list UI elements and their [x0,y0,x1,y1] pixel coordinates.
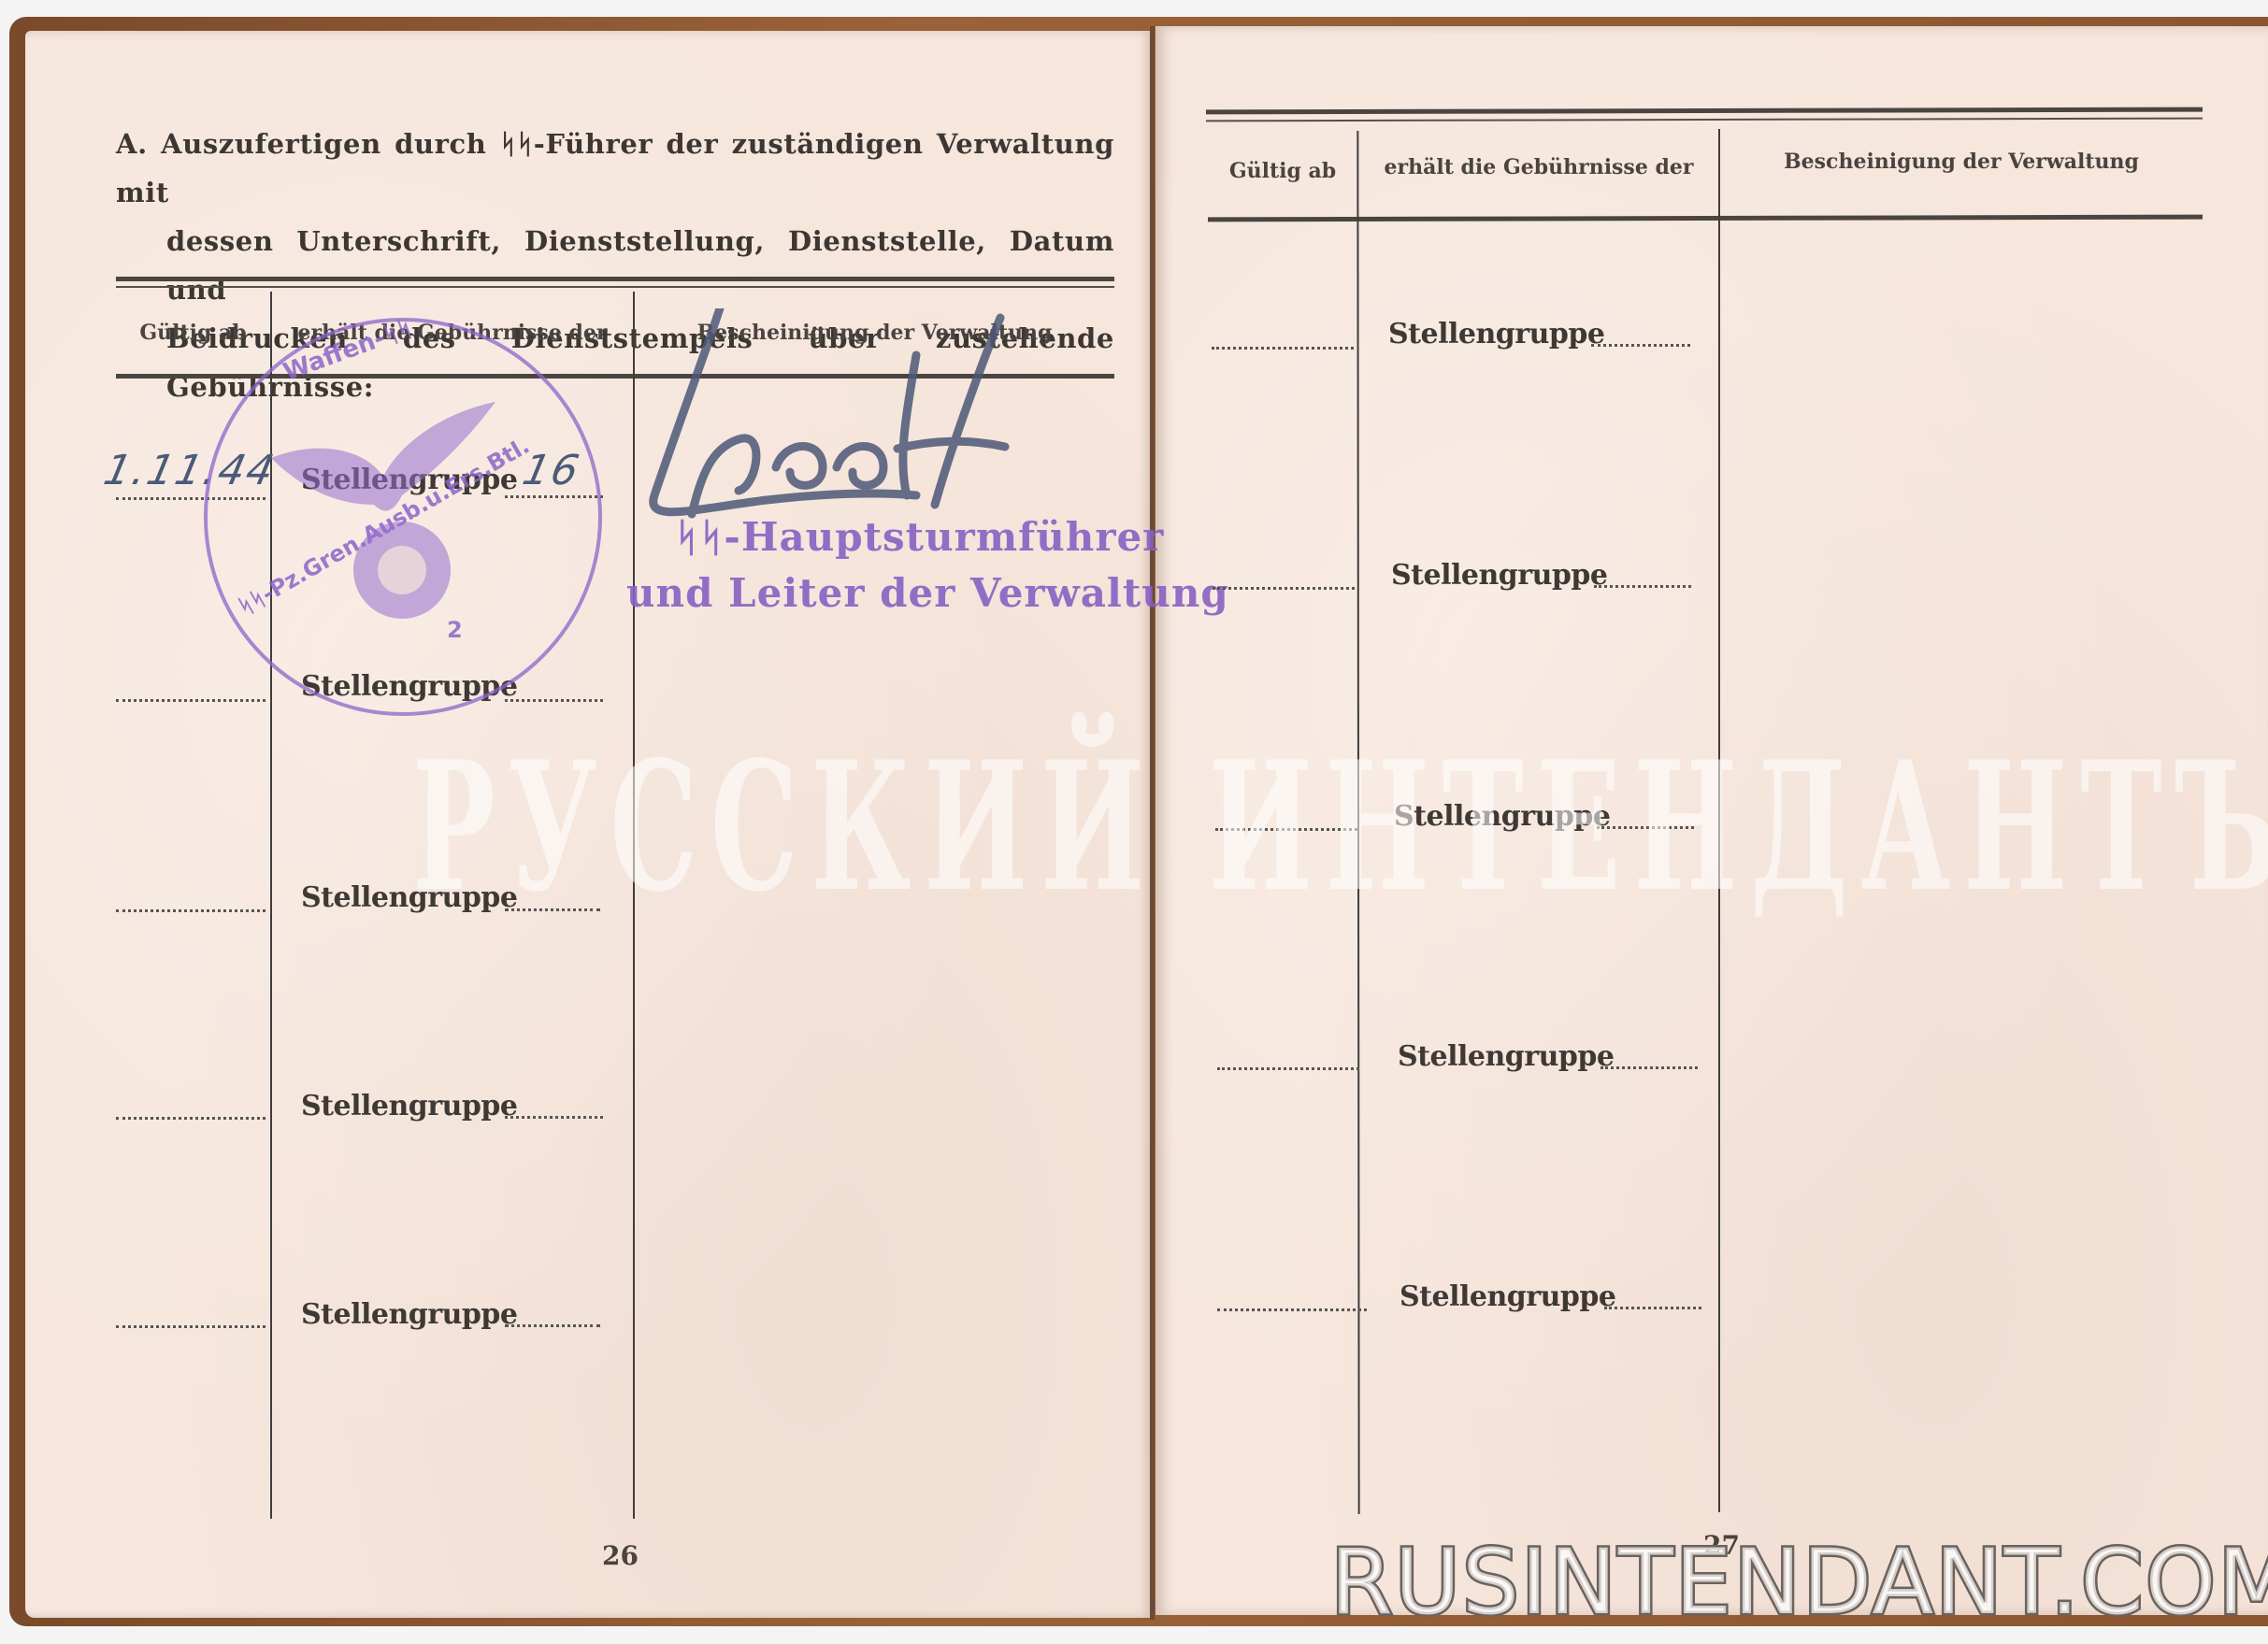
group-dotted-line [505,1116,603,1119]
right-header-receives: erhält die Gebührnisse der [1359,155,1718,179]
date-dotted-line [1213,587,1355,590]
instruction-line-1: A. Auszufertigen durch ᛋᛋ-Führer der zus… [116,120,1114,217]
date-dotted-line [116,1325,266,1328]
left-header-top-rule [116,277,1114,281]
instruction-line-2: dessen Unterschrift, Dienststellung, Die… [116,217,1114,314]
row-label: Stellengruppe [1398,1040,1614,1073]
rank-stamp-line-1: ᛋᛋ-Hauptsturmführer [675,514,1164,560]
rank-stamp-line-2: und Leiter der Verwaltung [626,570,1229,616]
date-dotted-line [1217,1067,1359,1070]
right-header-valid-from: Gültig ab [1208,159,1357,183]
date-dotted-line [116,1117,266,1120]
date-dotted-line [1212,347,1354,350]
eagle-emblem-icon [262,402,505,645]
center-watermark: РУССКИЙ ИНТЕНДАНТЪ [412,748,1354,907]
group-dotted-line [1604,1307,1701,1309]
group-dotted-line [1594,585,1691,588]
group-dotted-line [505,1324,600,1327]
row-label: Stellengruppe [1388,318,1604,350]
date-dotted-line [1217,1308,1367,1311]
row-label: Stellengruppe [1391,559,1607,592]
group-dotted-line [1591,344,1690,347]
left-header-valid-from: Gültig ab [116,321,270,345]
site-watermark: RUSINTENDANT.COM [1330,1537,2268,1627]
date-dotted-line [116,699,266,702]
page-number-left: 26 [602,1540,639,1571]
row-label: Stellengruppe [301,1090,517,1122]
left-header-top-rule-thin [116,286,1114,288]
group-dotted-line [1601,1066,1698,1069]
row-label: Stellengruppe [301,1298,517,1331]
right-header-certification: Bescheinigung der Verwaltung [1720,150,2203,174]
group-dotted-line [505,699,603,702]
date-dotted-line [116,909,266,912]
row-label: Stellengruppe [1400,1280,1615,1313]
